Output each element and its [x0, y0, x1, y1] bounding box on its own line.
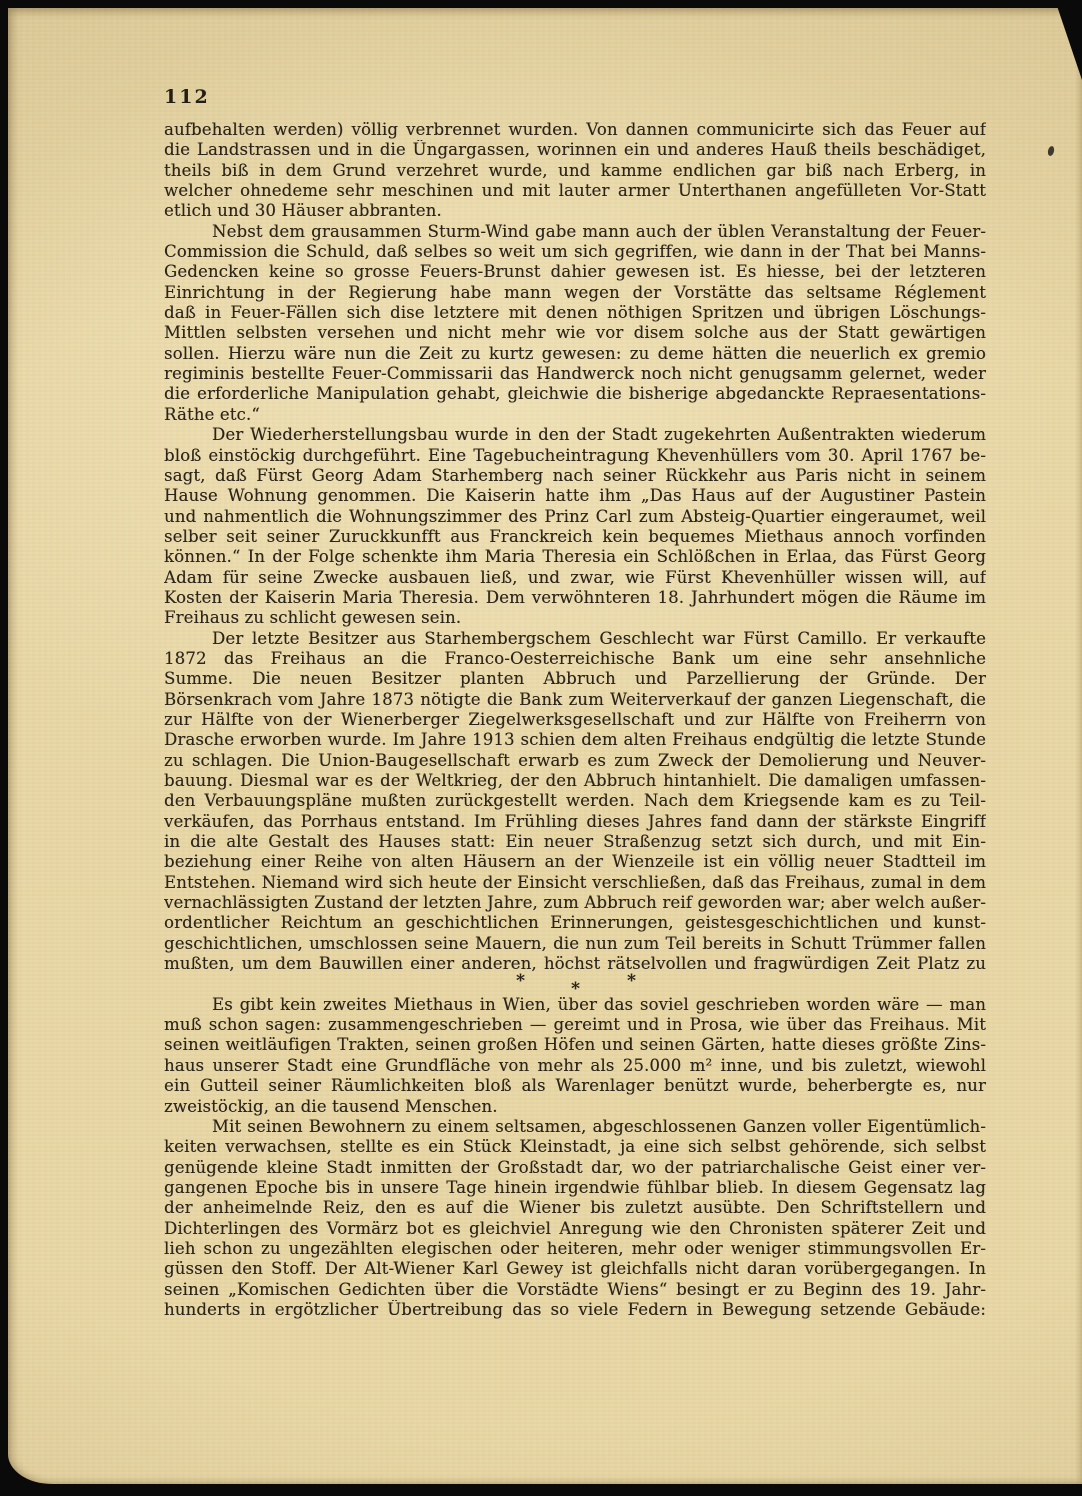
text-line: muß schon sagen: zusammengeschrieben — g… — [164, 1015, 986, 1035]
text-line: ein Gutteil seiner Räumlichkeiten bloß a… — [164, 1076, 986, 1096]
book-page: 112 aufbehalten werden) völlig verbrenne… — [8, 8, 1082, 1484]
text-line: welcher ohnedeme sehr meschinen und mit … — [164, 181, 986, 201]
text-line: seinen weitläufigen Trakten, seinen groß… — [164, 1035, 986, 1055]
text-line: etlich und 30 Häuser abbranten. — [164, 201, 986, 221]
text-line: Freihaus zu schlicht gewesen sein. — [164, 608, 986, 628]
asterisk-glyph: * — [627, 971, 636, 991]
text-line: zweistöckig, an die tausend Menschen. — [164, 1097, 986, 1117]
text-line: lieh schon zu ungezählten elegischen ode… — [164, 1239, 986, 1259]
text-line: bauung. Diesmal war es der Weltkrieg, de… — [164, 771, 986, 791]
text-line: Commission die Schuld, daß selbes so wei… — [164, 242, 986, 262]
text-line: sagt, daß Fürst Georg Adam Starhemberg n… — [164, 466, 986, 486]
text-line: mußten, um dem Bauwillen einer anderen, … — [164, 954, 986, 974]
text-line: Drasche erworben wurde. Im Jahre 1913 sc… — [164, 730, 986, 750]
text-line: geschichtlichen, umschlossen seine Mauer… — [164, 934, 986, 954]
text-line: Summe. Die neuen Besitzer planten Abbruc… — [164, 669, 986, 689]
text-line: den Verbauungspläne mußten zurückgestell… — [164, 791, 986, 811]
text-line: verkäufen, das Porrhaus entstand. Im Frü… — [164, 812, 986, 832]
text-line: können.“ In der Folge schenkte ihm Maria… — [164, 547, 986, 567]
text-line: Der letzte Besitzer aus Starhembergschem… — [164, 629, 986, 649]
paragraph: Es gibt kein zweites Miethaus in Wien, ü… — [164, 995, 986, 1117]
text-line: hunderts in ergötzlicher Übertreibung da… — [164, 1300, 986, 1320]
text-line: seinen „Komischen Gedichten über die Vor… — [164, 1280, 986, 1300]
text-line: beziehung einer Reihe von alten Häusern … — [164, 852, 986, 872]
text-line: Hause Wohnung genommen. Die Kaiserin hat… — [164, 486, 986, 506]
text-line: Einrichtung in der Regierung habe mann w… — [164, 283, 986, 303]
text-line: ordentlicher Reichtum an geschichtlichen… — [164, 913, 986, 933]
text-line: vernachlässigten Zustand der letzten Jah… — [164, 893, 986, 913]
text-line: zur Hälfte von der Wienerberger Ziegelwe… — [164, 710, 986, 730]
paragraph: Mit seinen Bewohnern zu einem seltsamen,… — [164, 1117, 986, 1320]
text-line: Der Wiederherstellungsbau wurde in den d… — [164, 425, 986, 445]
page-number: 112 — [164, 86, 210, 108]
text-line: keiten verwachsen, stellte es ein Stück … — [164, 1137, 986, 1157]
paragraph: Nebst dem grausammen Sturm-Wind gabe man… — [164, 222, 986, 425]
text-block: aufbehalten werden) völlig verbrennet wu… — [164, 120, 986, 1320]
asterisk-glyph: * — [571, 979, 580, 999]
text-line: aufbehalten werden) völlig verbrennet wu… — [164, 120, 986, 140]
text-line: güssen den Stoff. Der Alt-Wiener Karl Ge… — [164, 1259, 986, 1279]
text-line: sollen. Hierzu wäre nun die Zeit zu kurt… — [164, 344, 986, 364]
text-line: genügende kleine Stadt inmitten der Groß… — [164, 1158, 986, 1178]
text-line: Adam für seine Zwecke ausbauen ließ, und… — [164, 568, 986, 588]
scan-background: 112 aufbehalten werden) völlig verbrenne… — [0, 0, 1082, 1496]
text-line: Gedencken keine so grosse Feuers-Brunst … — [164, 262, 986, 282]
text-line: die Landstrassen und in die Üngargassen,… — [164, 140, 986, 160]
text-line: Kosten der Kaiserin Maria Theresia. Dem … — [164, 588, 986, 608]
paragraph: aufbehalten werden) völlig verbrennet wu… — [164, 120, 986, 222]
text-line: in die alte Gestalt des Hauses statt: Ei… — [164, 832, 986, 852]
text-line: die erforderliche Manipulation gehabt, g… — [164, 384, 986, 404]
text-line: theils biß in dem Grund verzehret wurde,… — [164, 161, 986, 181]
text-line: Nebst dem grausammen Sturm-Wind gabe man… — [164, 222, 986, 242]
text-line: Mit seinen Bewohnern zu einem seltsamen,… — [164, 1117, 986, 1137]
text-line: 1872 das Freihaus an die Franco-Oesterre… — [164, 649, 986, 669]
text-line: Dichterlingen des Vormärz bot es gleichv… — [164, 1219, 986, 1239]
text-line: Räthe etc.“ — [164, 405, 986, 425]
text-line: Mittlen selbsten versehen und nicht mehr… — [164, 323, 986, 343]
asterisk-glyph: * — [516, 971, 525, 991]
text-line: bloß einstöckig durchgeführt. Eine Tageb… — [164, 446, 986, 466]
text-line: der anheimelnde Reiz, den es auf die Wie… — [164, 1198, 986, 1218]
text-line: und nahmentlich die Wohnungszimmer des P… — [164, 507, 986, 527]
text-line: daß in Feuer-Fällen sich dise letztere m… — [164, 303, 986, 323]
text-line: haus unserer Stadt eine Grundfläche von … — [164, 1056, 986, 1076]
section-separator: *** — [164, 974, 986, 994]
text-line: zu schlagen. Die Union-Baugesellschaft e… — [164, 751, 986, 771]
text-line: Entstehen. Niemand wird sich heute der E… — [164, 873, 986, 893]
text-line: Börsenkrach vom Jahre 1873 nötigte die B… — [164, 690, 986, 710]
paragraph: Der letzte Besitzer aus Starhembergschem… — [164, 629, 986, 975]
text-line: regiminis bestellte Feuer-Commissarii da… — [164, 364, 986, 384]
text-line: selber seit seiner Zuruckkunfft aus Fran… — [164, 527, 986, 547]
paragraph: Der Wiederherstellungsbau wurde in den d… — [164, 425, 986, 628]
text-line: gangenen Epoche bis in unsere Tage hinei… — [164, 1178, 986, 1198]
